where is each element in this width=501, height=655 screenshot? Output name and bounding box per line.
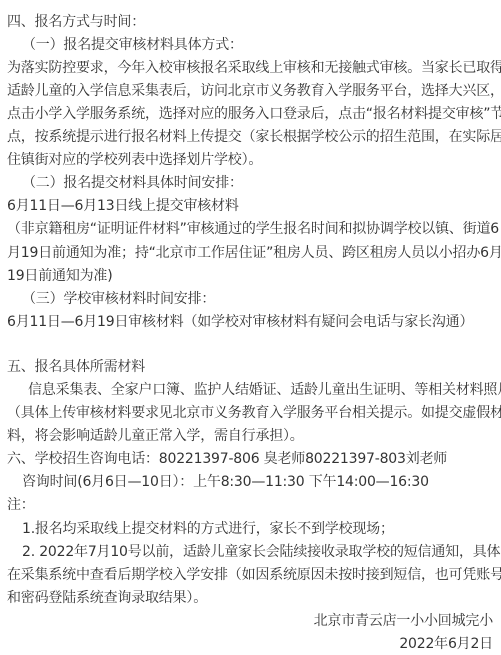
text-line: 和密码登陆系统查询录取结果）。: [7, 586, 495, 610]
text-line: 四、报名方式与时间：: [7, 10, 495, 34]
text-line: 6月11日—6月19日审核材料（如学校对审核材料有疑问会电话与家长沟通）: [7, 310, 495, 334]
text-line: 五、报名具体所需材料: [7, 355, 495, 379]
text-line: （非京籍租房“证明证件材料”审核通过的学生报名时间和拟协调学校以镇、街道6: [7, 217, 495, 241]
text-line: 6月11日—6月13日线上提交审核材料: [7, 194, 495, 218]
text-line: 住镇街对应的学校列表中选择划片学校）。: [7, 148, 495, 172]
text-line: 月19日前通知为准；持“北京市工作居住证”租房人员、跨区租房人员以小招办6月: [7, 241, 495, 265]
text-line: （二）报名提交材料具体时间安排：: [22, 171, 495, 195]
text-line: 咨询时间(6月6日—10日）：上午8:30—11:30 下午14:00—16:3…: [22, 470, 495, 494]
text-line: 北京市青云店一小小回城完小: [314, 609, 493, 633]
text-line: 2022年6月2日: [399, 632, 493, 655]
text-line: 在采集系统中查看后期学校入学安排（如因系统原因未按时接到短信，也可凭账号: [7, 563, 495, 587]
text-line: 19日前通知为准): [7, 264, 495, 288]
text-line: 点，按系统提示进行报名材料上传提交（家长根据学校公示的招生范围，在实际居: [7, 125, 495, 149]
text-line: （具体上传审核材料要求见北京市义务教育入学服务平台相关提示。如提交虚假材: [7, 401, 495, 425]
text-line: 六、学校招生咨询电话：80221397-806 臭老师80221397-803刘…: [7, 447, 495, 471]
text-line: 适龄儿童的入学信息采集表后，访问北京市义务教育入学服务平台，选择大兴区，: [7, 79, 495, 103]
text-line: 料，将会影响适龄儿童正常入学，需自行承担）。: [7, 424, 495, 448]
notice-document: 四、报名方式与时间：（一）报名提交审核材料具体方式：为落实防控要求，今年入校审核…: [0, 0, 501, 655]
text-line: 2. 2022年7月10号以前，适龄儿童家长会陆续接收录取学校的短信通知，具体: [22, 540, 495, 564]
text-line: 为落实防控要求，今年入校审核报名采取线上审核和无接触式审核。当家长已取得: [7, 56, 495, 80]
text-line: 注：: [7, 493, 495, 517]
text-line: 1.报名均采取线上提交材料的方式进行，家长不到学校现场；: [22, 517, 495, 541]
text-line: （一）报名提交审核材料具体方式：: [22, 33, 495, 57]
text-line: 点击小学入学服务系统，选择对应的服务入口登录后，点击“报名材料提交审核”节: [7, 102, 495, 126]
text-line: （三）学校审核材料时间安排：: [22, 287, 495, 311]
text-line: 信息采集表、全家户口簿、监护人结婚证、适龄儿童出生证明、等相关材料照片: [28, 378, 495, 402]
